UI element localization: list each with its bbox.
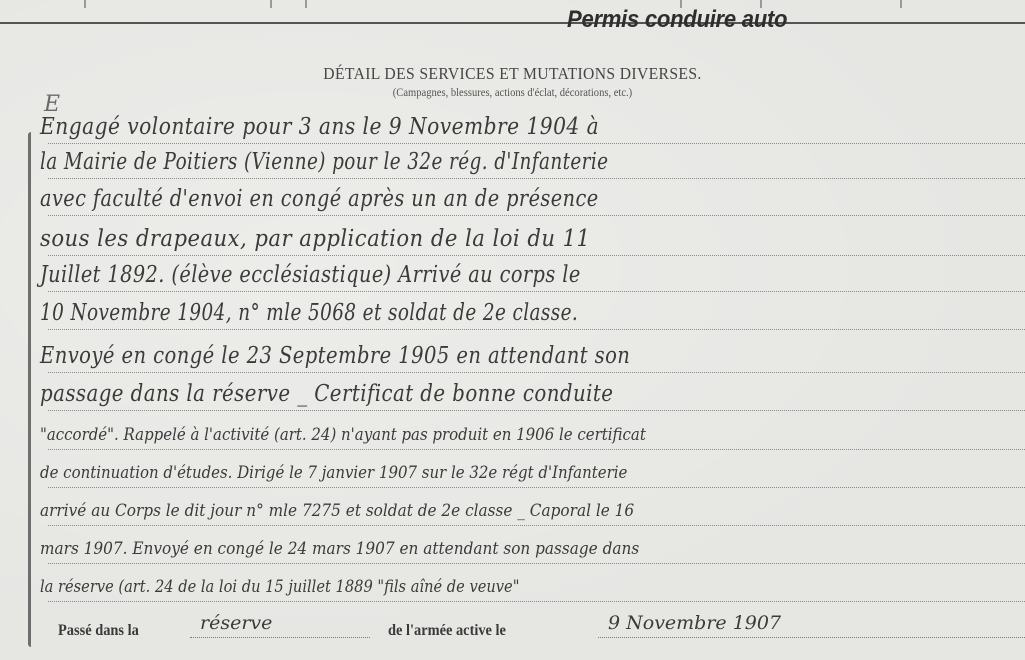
footer-value-reserve: réserve <box>190 612 370 638</box>
section-title: DÉTAIL DES SERVICES ET MUTATIONS DIVERSE… <box>41 64 984 84</box>
ruled-line <box>48 487 1025 488</box>
handwritten-line-5: Juillet 1892. (élève ecclésiastique) Arr… <box>40 262 581 288</box>
ruled-line <box>48 372 1025 373</box>
handwritten-line-11: arrivé au Corps le dit jour n° mle 7275 … <box>40 501 634 521</box>
stamp-permis-conduire: Permis conduire auto <box>567 6 787 34</box>
ruled-line <box>48 449 1025 450</box>
handwritten-line-4: sous les drapeaux, par application de la… <box>40 226 590 252</box>
ruled-line <box>48 255 1025 256</box>
ruled-line <box>48 601 1025 602</box>
footer-label-2: de l'armée active le <box>388 622 506 640</box>
ruled-line <box>48 563 1025 564</box>
handwritten-line-9: "accordé". Rappelé à l'activité (art. 24… <box>40 425 646 445</box>
footer-label-1: Passé dans la <box>58 622 139 640</box>
handwritten-line-12: mars 1907. Envoyé en congé le 24 mars 19… <box>40 539 639 559</box>
ruled-line <box>48 525 1025 526</box>
ruled-line <box>48 178 1025 179</box>
header-rule <box>0 22 1025 24</box>
ruled-line <box>48 143 1025 144</box>
handwritten-line-13: la réserve (art. 24 de la loi du 15 juil… <box>40 577 519 597</box>
handwritten-line-2: la Mairie de Poitiers (Vienne) pour le 3… <box>40 149 608 175</box>
footer-value-date: 9 Novembre 1907 <box>598 612 1025 638</box>
footer-label-passe: Passé dans la <box>58 622 148 640</box>
section-subtitle: (Campagnes, blessures, actions d'éclat, … <box>62 85 964 100</box>
top-cut-text-fragment <box>0 0 1025 20</box>
handwritten-line-1: Engagé volontaire pour 3 ans le 9 Novemb… <box>40 114 599 140</box>
margin-bracket <box>28 132 35 647</box>
handwritten-line-6: 10 Novembre 1904, n° mle 5068 et soldat … <box>40 300 578 326</box>
ruled-line <box>48 215 1025 216</box>
handwritten-line-10: de continuation d'études. Dirigé le 7 ja… <box>40 463 627 483</box>
ruled-line <box>48 410 1025 411</box>
military-record-page: Permis conduire auto DÉTAIL DES SERVICES… <box>0 0 1025 660</box>
ruled-line <box>48 291 1025 292</box>
handwritten-line-3: avec faculté d'envoi en congé après un a… <box>40 186 599 212</box>
footer-label-armee: de l'armée active le <box>388 622 519 640</box>
handwritten-line-8: passage dans la réserve _ Certificat de … <box>40 381 613 407</box>
ruled-line <box>48 329 1025 330</box>
handwritten-line-7: Envoyé en congé le 23 Septembre 1905 en … <box>40 343 630 369</box>
